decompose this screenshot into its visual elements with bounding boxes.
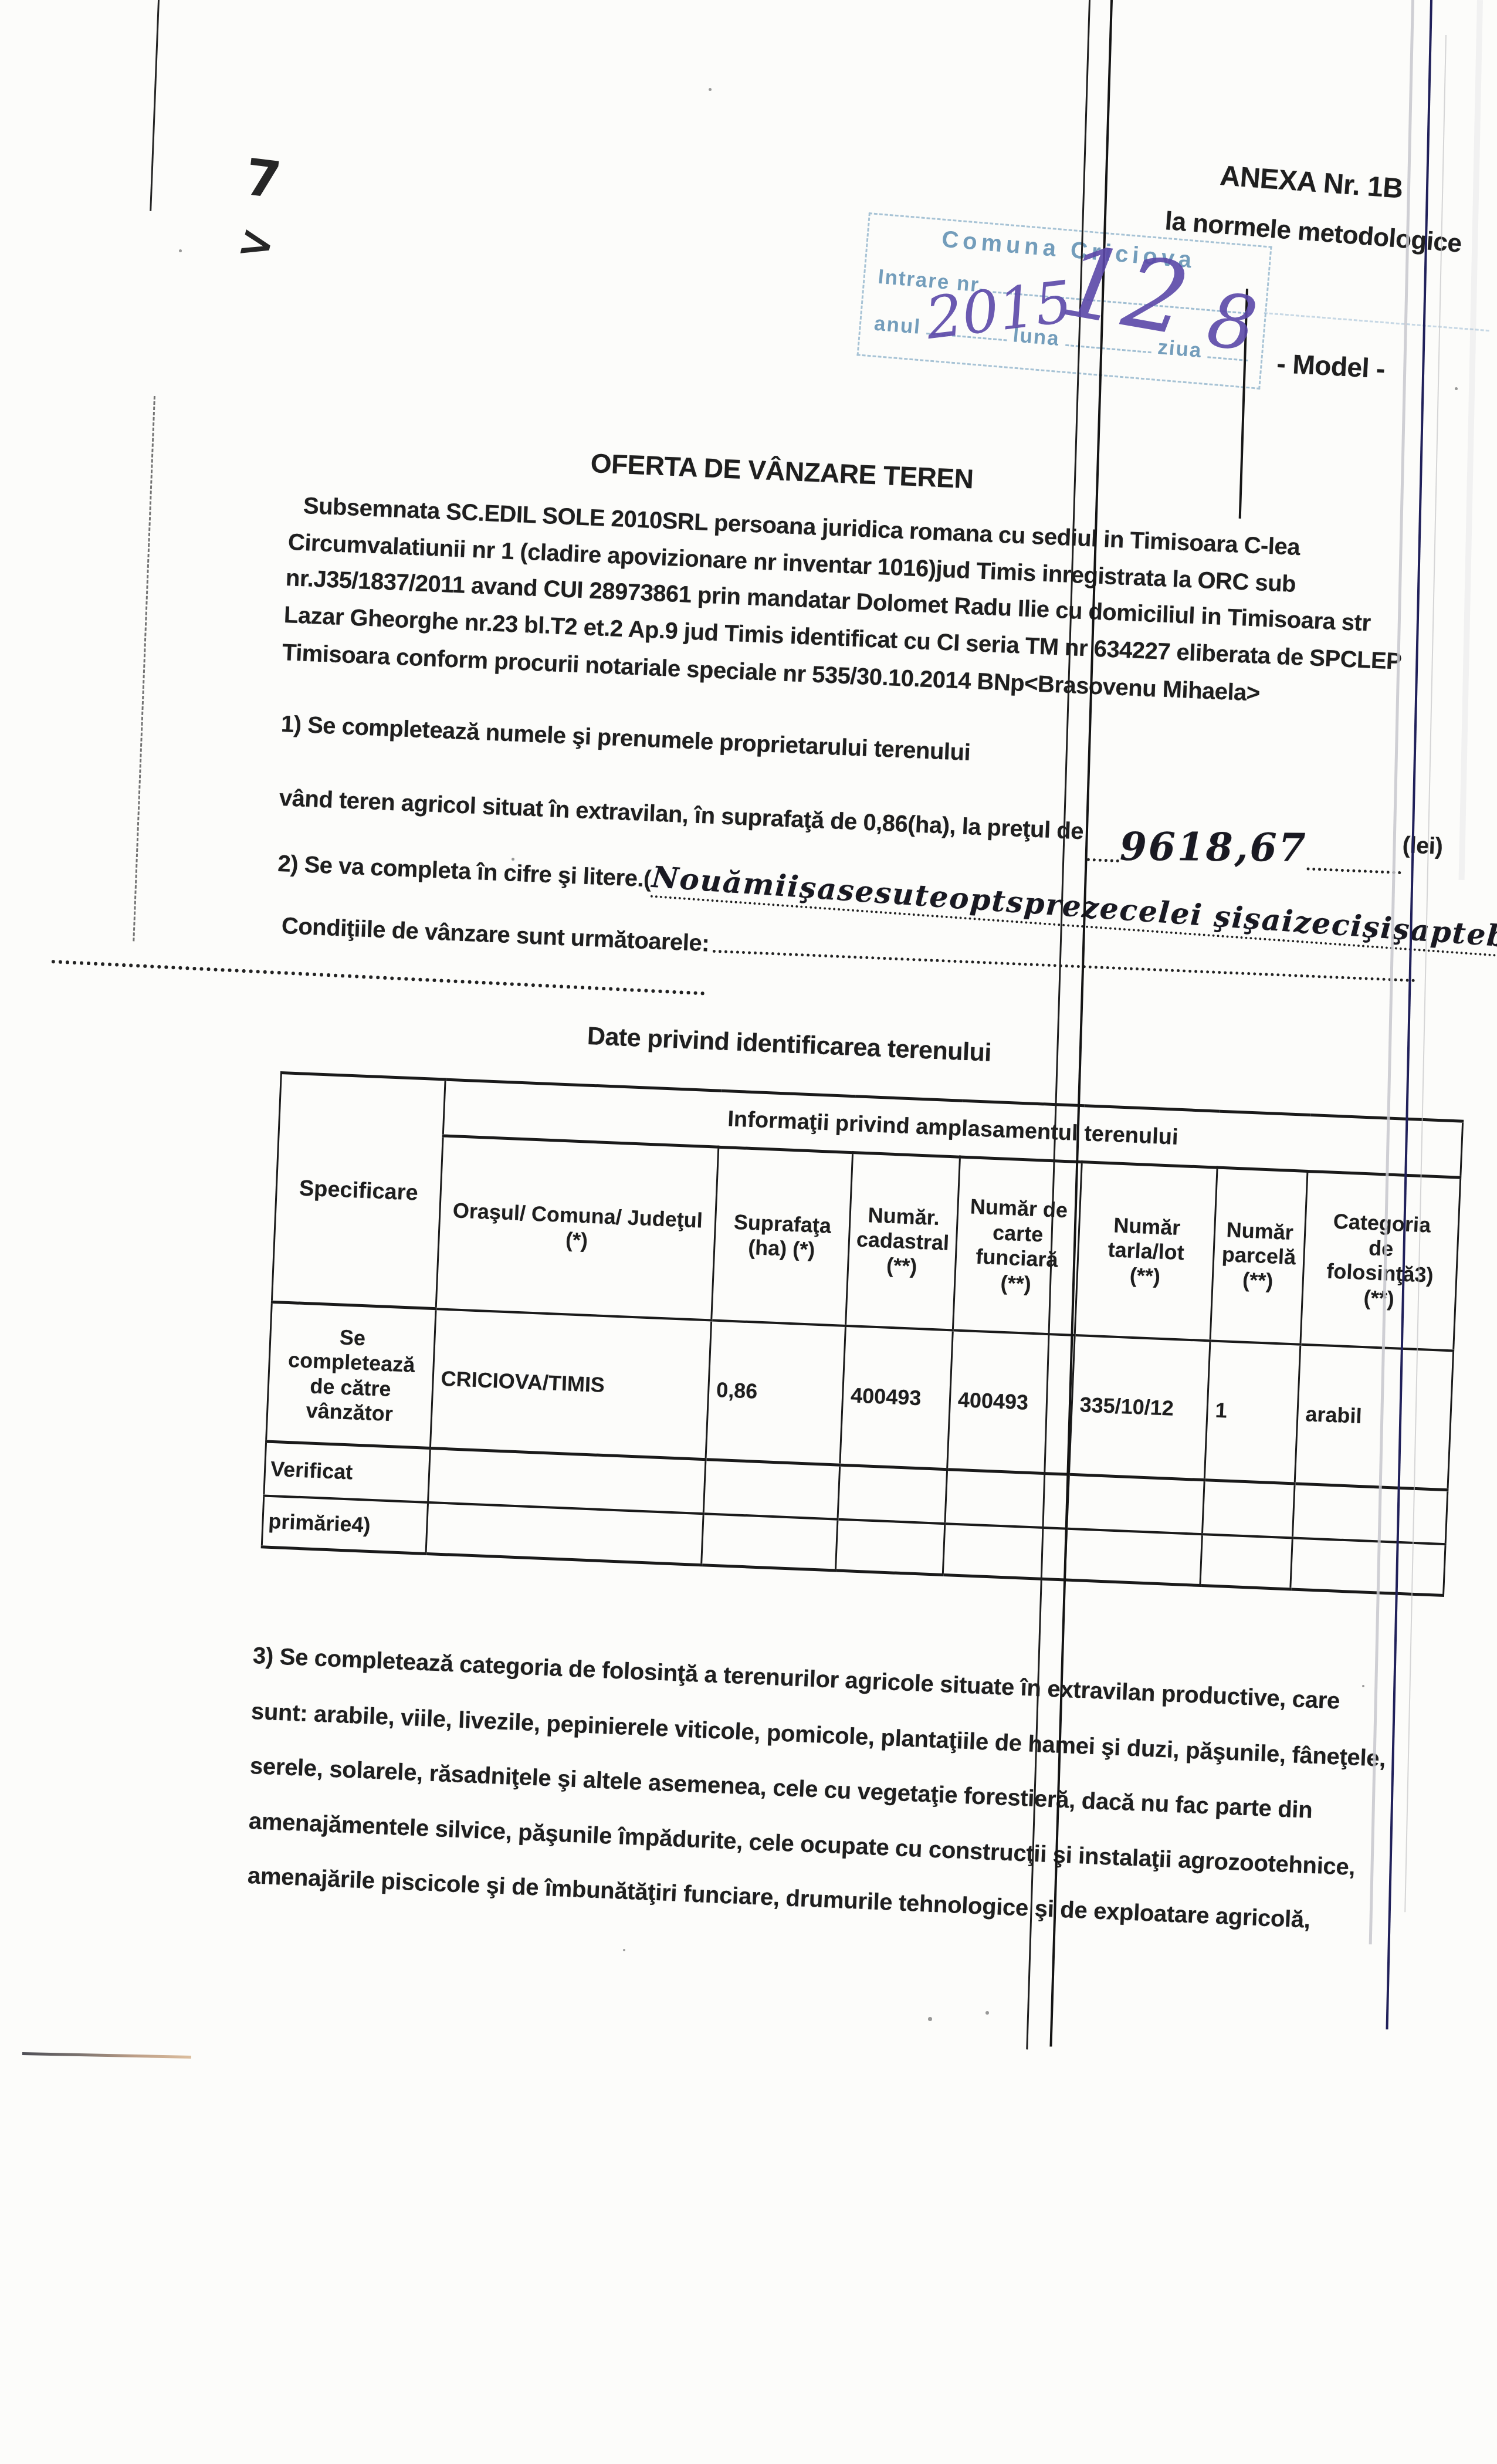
table-cell-suprafata: 0,86	[706, 1320, 846, 1465]
table-header-categoria: Categoria de folosinţă3) (**)	[1300, 1171, 1461, 1350]
table-cell-tarla: 335/10/12	[1069, 1335, 1210, 1480]
table-cell-parcela: 1	[1204, 1341, 1300, 1484]
footnote-3-line: amenajările piscicole şi de îmbunătăţiri…	[247, 1863, 1310, 1934]
table-cell-oras: CRICIOVA/TIMIS	[430, 1309, 711, 1460]
table-header-suprafata: Suprafaţa (ha) (*)	[712, 1147, 853, 1325]
dotted-leader	[1306, 861, 1401, 874]
table-cell-empty	[1202, 1480, 1295, 1538]
conditions-label: Condiţiile de vânzare sunt următoarele:	[281, 913, 710, 957]
table-caption: Date privind identificarea terenului	[587, 1022, 992, 1068]
scan-speck	[623, 1949, 625, 1951]
handwritten-price: 9618,67	[1120, 824, 1308, 871]
scan-line-left	[150, 0, 160, 211]
table-header-carte-funciara: Număr de carte funciară (**)	[953, 1157, 1082, 1335]
footnote-3-line: serele, solarele, răsadniţele şi altele …	[249, 1753, 1313, 1824]
table-cell-empty	[1067, 1474, 1205, 1534]
table-header-oras: Oraşul/ Comuna/ Judeţul (*)	[436, 1136, 719, 1320]
table-cell-categoria: arabil	[1295, 1344, 1454, 1490]
table-header-parcela: Număr parcelă (**)	[1210, 1167, 1308, 1344]
table-cell-empty	[1065, 1528, 1202, 1585]
page-edge-band	[1459, 0, 1483, 880]
document-title: OFERTA DE VÂNZARE TEREN	[590, 447, 974, 495]
table-cell-empty	[835, 1519, 944, 1575]
table-cell-cadastral: 400493	[840, 1325, 953, 1469]
table-cell-empty	[702, 1514, 838, 1571]
scan-speck	[652, 588, 655, 590]
table-row-verificat-label: Verificat	[264, 1441, 431, 1502]
table-row-primarie-label: primărie4)	[262, 1495, 428, 1553]
handwritten-entry-number: 12	[1054, 223, 1197, 358]
scan-speck	[985, 2011, 989, 2015]
table-cell-empty	[945, 1470, 1069, 1528]
scanned-document-page: 7 > ANEXA Nr. 1B la normele metodologice…	[0, 0, 1497, 2464]
footnote-3-line: 3) Se completează categoria de folosinţă…	[252, 1643, 1340, 1715]
dotted-leader-line	[52, 960, 705, 995]
footnote-2-prefix: 2) Se va completa în cifre şi litere.(	[277, 851, 652, 893]
land-identification-table: Specificare Informaţii privind amplasame…	[261, 1071, 1464, 1597]
table-cell-carte-funciara: 400493	[947, 1330, 1075, 1474]
table-header-tarla: Număr tarla/lot (**)	[1075, 1162, 1217, 1341]
dotted-leader	[712, 944, 1415, 982]
sale-price-suffix: (lei)	[1402, 832, 1443, 860]
scan-speck	[1455, 387, 1458, 390]
stamp-smear-line	[1264, 312, 1489, 331]
stamp-anul-label: anul	[873, 312, 922, 340]
table-cell-empty	[943, 1524, 1066, 1580]
footnote-1: 1) Se completează numele şi prenumele pr…	[280, 711, 971, 766]
scan-speck	[512, 858, 514, 861]
anexa-heading: ANEXA Nr. 1B	[1219, 160, 1404, 205]
ink-blot-icon: >	[233, 215, 280, 272]
ink-blot-icon: 7	[242, 148, 285, 211]
model-label: - Model -	[1276, 347, 1386, 385]
scan-speck	[1362, 1685, 1364, 1687]
scan-speck	[179, 249, 182, 252]
table-cell-empty	[1200, 1534, 1292, 1589]
scan-line-left-dashed	[133, 396, 155, 941]
scan-speck	[928, 2017, 932, 2021]
table-header-cadastral: Număr. cadastral (**)	[846, 1153, 960, 1330]
table-cell-empty	[838, 1465, 947, 1523]
sale-price-prefix: vând teren agricol situat în extravilan,…	[279, 785, 1084, 845]
table-cell-empty	[1292, 1484, 1448, 1544]
table-row-seller-label: Se completează de către vânzător	[266, 1302, 436, 1448]
scan-line-bottom	[22, 2052, 191, 2059]
table-cell-empty	[1291, 1538, 1445, 1596]
table-cell-empty	[426, 1502, 703, 1565]
table-header-specificare: Specificare	[272, 1073, 445, 1309]
table-cell-empty	[703, 1460, 840, 1519]
scan-speck	[709, 88, 712, 91]
dotted-leader	[1087, 852, 1120, 862]
